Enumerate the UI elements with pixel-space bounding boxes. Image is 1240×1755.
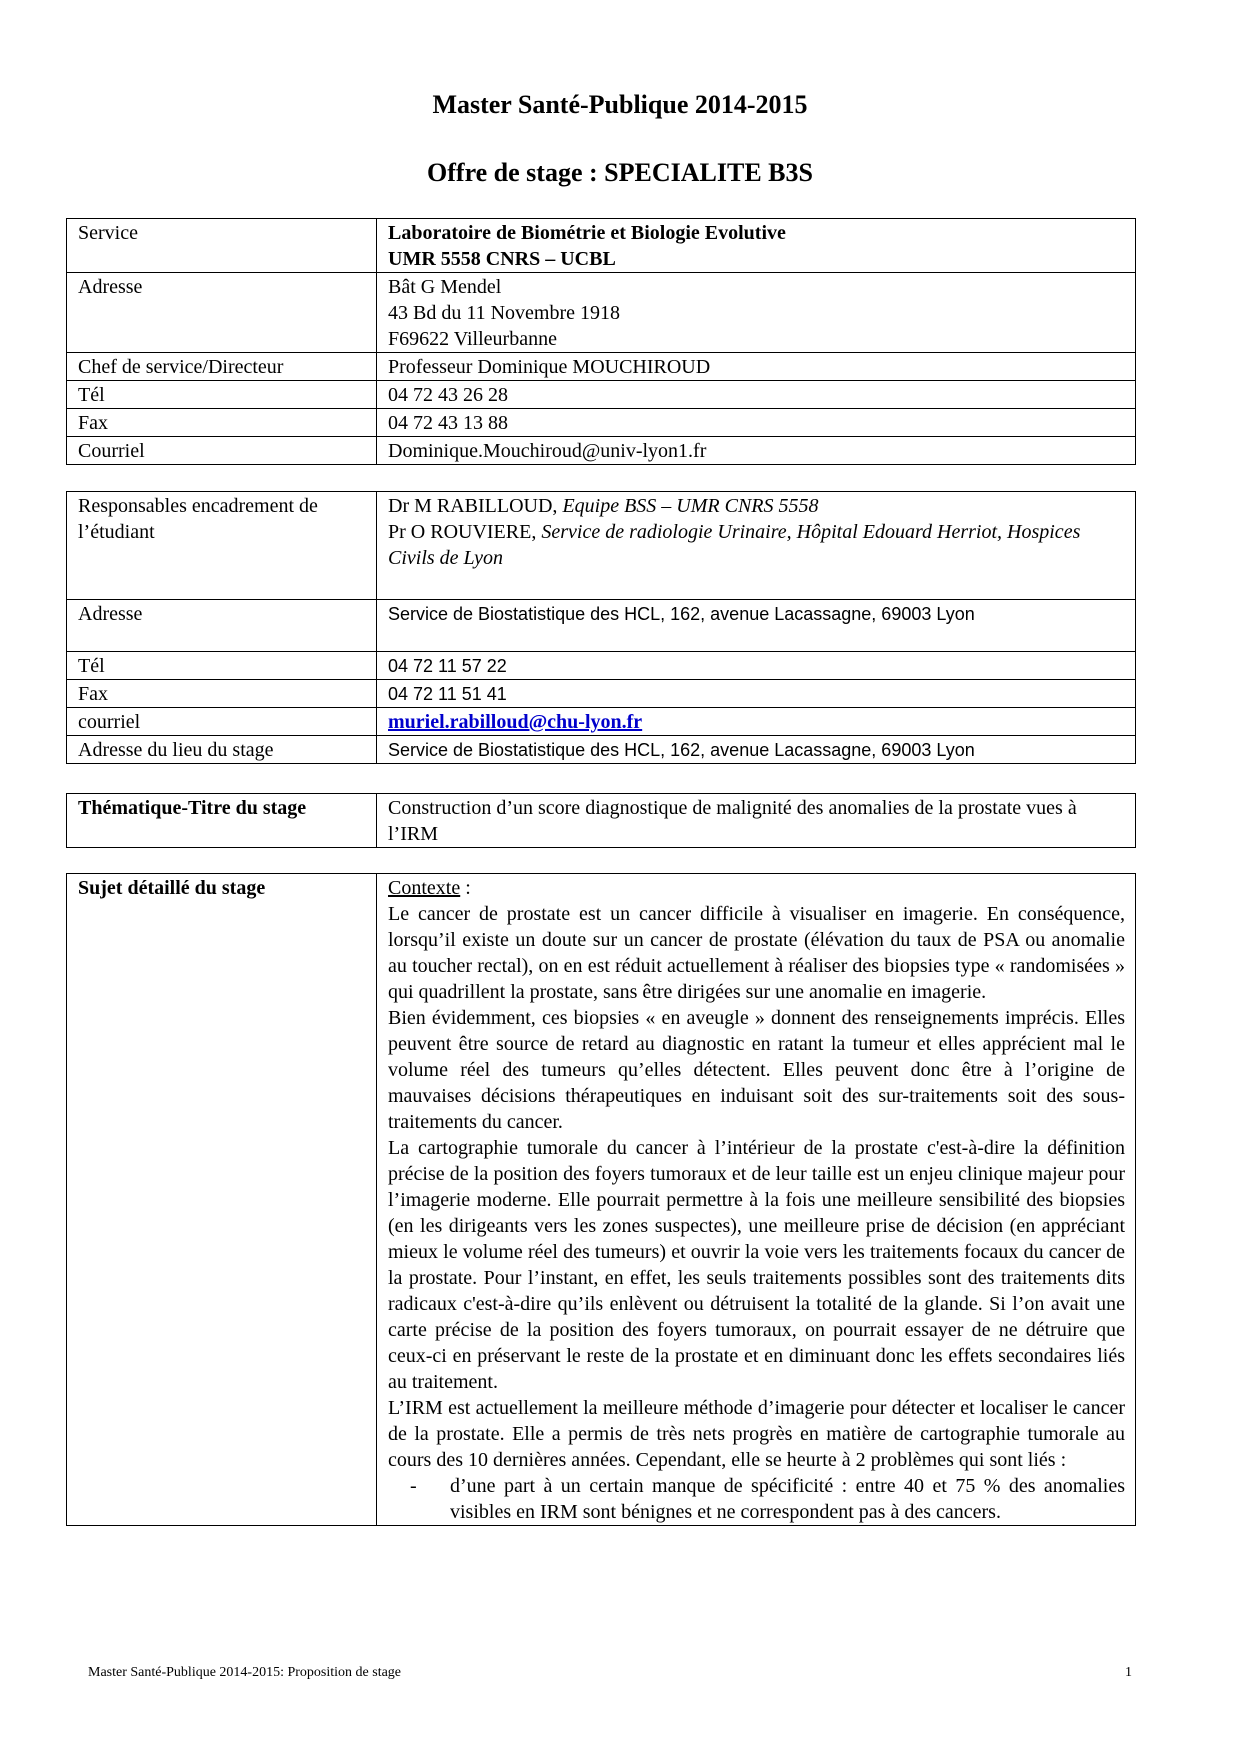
table-row: Courriel Dominique.Mouchiroud@univ-lyon1… xyxy=(67,437,1136,465)
service-unit: UMR 5558 CNRS – UCBL xyxy=(388,246,1125,272)
row-label: Adresse xyxy=(67,273,377,353)
table-row: Tél 04 72 11 57 22 xyxy=(67,652,1136,680)
bullet-text: d’une part à un certain manque de spécif… xyxy=(450,1473,1125,1525)
context-colon: : xyxy=(460,877,471,899)
table-row: Adresse du lieu du stage Service de Bios… xyxy=(67,736,1136,764)
row-label: Thématique-Titre du stage xyxy=(67,794,377,848)
table-row: Sujet détaillé du stage Contexte : Le ca… xyxy=(67,874,1136,1526)
context-heading: Contexte xyxy=(388,877,460,899)
supervisor-1: Dr M RABILLOUD, Equipe BSS – UMR CNRS 55… xyxy=(388,493,1125,519)
supervisor-2: Pr O ROUVIERE, Service de radiologie Uri… xyxy=(388,519,1125,571)
document-subtitle: Offre de stage : SPECIALITE B3S xyxy=(0,158,1240,188)
table-row: Fax 04 72 11 51 41 xyxy=(67,680,1136,708)
internship-title: Construction d’un score diagnostique de … xyxy=(377,794,1136,848)
row-label: Responsables encadrement de l’étudiant xyxy=(67,492,377,600)
table-row: Responsables encadrement de l’étudiant D… xyxy=(67,492,1136,600)
paragraph: Le cancer de prostate est un cancer diff… xyxy=(388,901,1125,1005)
service-email: Dominique.Mouchiroud@univ-lyon1.fr xyxy=(377,437,1136,465)
supervisor-name: Dr M RABILLOUD, xyxy=(388,495,562,517)
row-value: 04 72 43 13 88 xyxy=(377,409,1136,437)
bullet-item: - d’une part à un certain manque de spéc… xyxy=(388,1473,1125,1525)
row-label: Chef de service/Directeur xyxy=(67,353,377,381)
row-value: Professeur Dominique MOUCHIROUD xyxy=(377,353,1136,381)
table-row: Adresse Service de Biostatistique des HC… xyxy=(67,600,1136,652)
page-number: 1 xyxy=(1125,1665,1132,1681)
service-name: Laboratoire de Biométrie et Biologie Evo… xyxy=(388,220,1125,246)
table-row: Service Laboratoire de Biométrie et Biol… xyxy=(67,219,1136,273)
table-row: courriel muriel.rabilloud@chu-lyon.fr xyxy=(67,708,1136,736)
table-row: Adresse Bât G Mendel 43 Bd du 11 Novembr… xyxy=(67,273,1136,353)
subject-table: Sujet détaillé du stage Contexte : Le ca… xyxy=(66,873,1136,1526)
row-value: 04 72 11 57 22 xyxy=(377,652,1136,680)
row-value: Service de Biostatistique des HCL, 162, … xyxy=(377,736,1136,764)
row-value: Laboratoire de Biométrie et Biologie Evo… xyxy=(377,219,1136,273)
document-title: Master Santé-Publique 2014-2015 xyxy=(0,90,1240,120)
address-line: 43 Bd du 11 Novembre 1918 xyxy=(388,300,1125,326)
row-label: Tél xyxy=(67,652,377,680)
row-label: Tél xyxy=(67,381,377,409)
paragraph: Bien évidemment, ces biopsies « en aveug… xyxy=(388,1005,1125,1135)
service-table: Service Laboratoire de Biométrie et Biol… xyxy=(66,218,1136,465)
row-label: Adresse du lieu du stage xyxy=(67,736,377,764)
row-label: Fax xyxy=(67,409,377,437)
row-value: 04 72 43 26 28 xyxy=(377,381,1136,409)
subject-content: Contexte : Le cancer de prostate est un … xyxy=(377,874,1136,1526)
row-value: 04 72 11 51 41 xyxy=(377,680,1136,708)
row-value: muriel.rabilloud@chu-lyon.fr xyxy=(377,708,1136,736)
row-label: Sujet détaillé du stage xyxy=(67,874,377,1526)
row-label: Adresse xyxy=(67,600,377,652)
table-row: Chef de service/Directeur Professeur Dom… xyxy=(67,353,1136,381)
supervisor-table: Responsables encadrement de l’étudiant D… xyxy=(66,491,1136,764)
row-label: Fax xyxy=(67,680,377,708)
row-label: courriel xyxy=(67,708,377,736)
address-line: F69622 Villeurbanne xyxy=(388,326,1125,352)
row-value: Bât G Mendel 43 Bd du 11 Novembre 1918 F… xyxy=(377,273,1136,353)
supervisor-affiliation: Equipe BSS – UMR CNRS 5558 xyxy=(562,495,818,517)
paragraph: La cartographie tumorale du cancer à l’i… xyxy=(388,1135,1125,1395)
row-label: Courriel xyxy=(67,437,377,465)
address-line: Bât G Mendel xyxy=(388,274,1125,300)
row-value: Dr M RABILLOUD, Equipe BSS – UMR CNRS 55… xyxy=(377,492,1136,600)
row-value: Service de Biostatistique des HCL, 162, … xyxy=(377,600,1136,652)
context-heading-line: Contexte : xyxy=(388,875,1125,901)
bullet-marker: - xyxy=(410,1473,450,1525)
row-label: Service xyxy=(67,219,377,273)
paragraph: L’IRM est actuellement la meilleure méth… xyxy=(388,1395,1125,1473)
theme-table: Thématique-Titre du stage Construction d… xyxy=(66,793,1136,848)
table-row: Fax 04 72 43 13 88 xyxy=(67,409,1136,437)
table-row: Tél 04 72 43 26 28 xyxy=(67,381,1136,409)
email-link[interactable]: muriel.rabilloud@chu-lyon.fr xyxy=(388,711,642,733)
supervisor-name: Pr O ROUVIERE, xyxy=(388,521,541,543)
table-row: Thématique-Titre du stage Construction d… xyxy=(67,794,1136,848)
page-footer: Master Santé-Publique 2014-2015: Proposi… xyxy=(88,1665,401,1681)
